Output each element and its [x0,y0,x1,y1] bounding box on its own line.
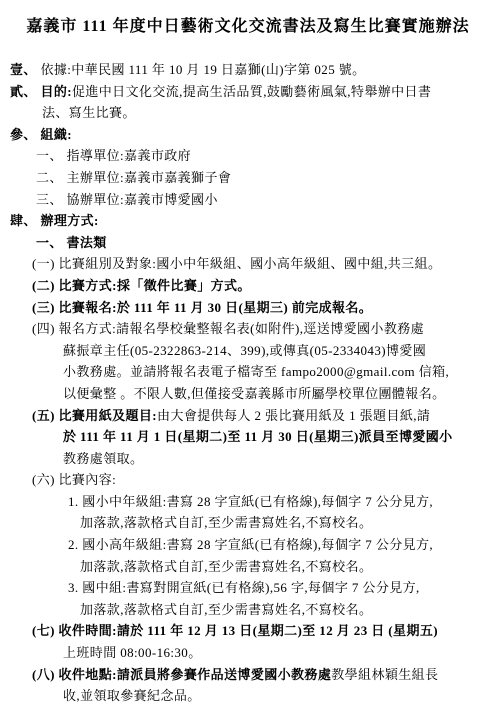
text-run: (五) 比賽用紙及題目: [32,408,157,423]
text-line: 收,並領取參賽紀念品。 [0,685,496,707]
text-run: 加落款,落款格式自訂,至少需書寫姓名,不寫校名。 [80,559,372,574]
text-line: 參、 組織: [0,124,496,146]
text-run: 一、 書法類 [36,235,107,250]
text-line: (五) 比賽用紙及題目:由大會提供每人 2 張比賽用紙及 1 張題目紙,請 [0,405,496,427]
text-run: 教務處領取。 [63,451,143,466]
text-run: 一、 指導單位:嘉義市政府 [36,148,191,163]
text-line: 二、 主辦單位:嘉義市嘉義獅子會 [0,167,496,189]
text-line: 三、 協辦單位:嘉義市博愛國小 [0,189,496,211]
text-run: 教學組林穎生組長 [331,667,438,682]
text-run: (八) 收件地點:請派員將參賽作品送博愛國小教務處 [32,667,331,682]
text-run: 依據:中華民國 111 年 10 月 19 日嘉獅(山)字第 025 號。 [40,62,365,77]
text-line: 加落款,落款格式自訂,至少需書寫姓名,不寫校名。 [0,512,496,534]
text-line: (六) 比賽內容: [0,469,496,491]
text-line: 法、寫生比賽。 [0,102,496,124]
text-line: 小教務處。並請將報名表電子檔寄至 fampo2000@gmail.com 信箱, [0,361,496,383]
text-run: (七) 收件時間:請於 111 年 12 月 13 日(星期二)至 12 月 2… [32,623,438,638]
text-line: 1. 國小中年級組:書寫 28 字宣紙(已有格線),每個字 7 公分見方, [0,491,496,513]
text-line: 貳、 目的:促進中日文化交流,提高生活品質,鼓勵藝術風氣,特舉辦中日書 [0,81,496,103]
text-line: 3. 國中組:書寫對開宣紙(已有格線),56 字,每個字 7 公分見方, [0,577,496,599]
text-line: (七) 收件時間:請於 111 年 12 月 13 日(星期二)至 12 月 2… [0,620,496,642]
text-line: (三) 比賽報名:於 111 年 11 月 30 日(星期三) 前完成報名。 [0,297,496,319]
text-run: (一) 比賽組別及對象:國小中年級組、國小高年級組、國中組,共三組。 [32,256,441,271]
text-line: 2. 國小高年級組:書寫 28 字宣紙(已有格線),每個字 7 公分見方, [0,534,496,556]
text-line: 教務處領取。 [0,448,496,470]
text-run: 法、寫生比賽。 [42,105,136,120]
text-run: 由大會提供每人 2 張比賽用紙及 1 張題目紙,請 [157,408,430,423]
text-line: 加落款,落款格式自訂,至少需書寫姓名,不寫校名。 [0,556,496,578]
text-line: 上班時間 08:00-16:30。 [0,642,496,664]
text-run: (四) 報名方式:請報名學校彙整報名表(如附件),逕送博愛國小教務處 [32,321,424,336]
text-run: 肆、 辦理方式: [10,213,99,228]
text-run: 加落款,落款格式自訂,至少需書寫姓名,不寫校名。 [80,602,372,617]
document-page: 嘉義市 111 年度中日藝術文化交流書法及寫生比賽實施辦法 壹、 依據:中華民國… [0,0,496,727]
text-run: (六) 比賽內容: [32,472,116,487]
text-run: 加落款,落款格式自訂,至少需書寫姓名,不寫校名。 [80,515,372,530]
text-run: (三) 比賽報名:於 111 年 11 月 30 日(星期三) 前完成報名。 [32,300,372,315]
text-run: 三、 協辦單位:嘉義市博愛國小 [36,192,218,207]
document-body: 壹、 依據:中華民國 111 年 10 月 19 日嘉獅(山)字第 025 號。… [0,59,496,707]
text-run: 1. 國小中年級組:書寫 28 字宣紙(已有格線),每個字 7 公分見方, [68,494,433,509]
text-line: 肆、 辦理方式: [0,210,496,232]
text-line: (八) 收件地點:請派員將參賽作品送博愛國小教務處教學組林穎生組長 [0,664,496,686]
text-line: (一) 比賽組別及對象:國小中年級組、國小高年級組、國中組,共三組。 [0,253,496,275]
text-run: 小教務處。並請將報名表電子檔寄至 fampo2000@gmail.com 信箱, [63,364,449,379]
text-run: 收,並領取參賽紀念品。 [63,688,201,703]
text-run: 以便彙整 。不限人數,但僅接受嘉義縣市所屬學校單位團體報名。 [63,386,446,401]
text-run: 於 111 年 11 月 1 日(星期二)至 11 月 30 日(星期三)派員至… [63,429,453,444]
document-title: 嘉義市 111 年度中日藝術文化交流書法及寫生比賽實施辦法 [0,0,496,36]
text-run: 貳、 [10,84,40,99]
text-run: 促進中日文化交流,提高生活品質,鼓勵藝術風氣,特舉辦中日書 [72,84,431,99]
text-run: 目的: [40,84,72,99]
text-run: 2. 國小高年級組:書寫 28 字宣紙(已有格線),每個字 7 公分見方, [68,537,433,552]
text-line: (四) 報名方式:請報名學校彙整報名表(如附件),逕送博愛國小教務處 [0,318,496,340]
text-line: 以便彙整 。不限人數,但僅接受嘉義縣市所屬學校單位團體報名。 [0,383,496,405]
text-line: 一、 指導單位:嘉義市政府 [0,145,496,167]
text-run: 上班時間 08:00-16:30。 [63,645,202,660]
text-run: 壹、 [10,62,40,77]
text-run: 二、 主辦單位:嘉義市嘉義獅子會 [36,170,231,185]
text-run: (二) 比賽方式:採「徵件比賽」方式。 [32,278,251,293]
text-line: 一、 書法類 [0,232,496,254]
text-line: 加落款,落款格式自訂,至少需書寫姓名,不寫校名。 [0,599,496,621]
text-line: 蘇振章主任(05-2322863-214、399),或傳真(05-2334043… [0,340,496,362]
text-line: 於 111 年 11 月 1 日(星期二)至 11 月 30 日(星期三)派員至… [0,426,496,448]
text-line: (二) 比賽方式:採「徵件比賽」方式。 [0,275,496,297]
text-run: 蘇振章主任(05-2322863-214、399),或傳真(05-2334043… [63,343,426,358]
text-run: 3. 國中組:書寫對開宣紙(已有格線),56 字,每個字 7 公分見方, [68,580,420,595]
text-line: 壹、 依據:中華民國 111 年 10 月 19 日嘉獅(山)字第 025 號。 [0,59,496,81]
text-run: 參、 組織: [10,127,72,142]
